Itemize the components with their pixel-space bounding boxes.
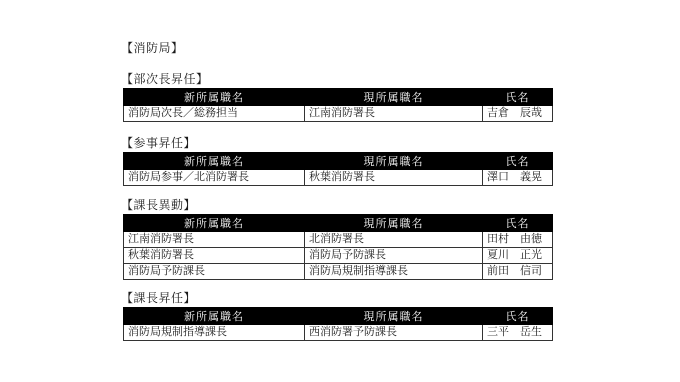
column-header-name: 氏名 bbox=[483, 89, 553, 106]
new-position-cell: 秋葉消防署長 bbox=[124, 248, 305, 264]
table-row: 江南消防署長北消防署長田村 由徳 bbox=[124, 232, 553, 248]
table-row: 消防局参事／北消防署長秋葉消防署長澤口 義晃 bbox=[124, 170, 553, 186]
section-counselor-promotion: 【参事昇任】 新所属職名 現所属職名 氏名 消防局参事／北消防署長秋葉消防署長澤… bbox=[121, 137, 553, 186]
column-header-name: 氏名 bbox=[483, 153, 553, 170]
column-header-name: 氏名 bbox=[483, 308, 553, 325]
section-label: 【参事昇任】 bbox=[121, 137, 553, 150]
personnel-table: 新所属職名 現所属職名 氏名 消防局規制指導課長西消防署予防課長三平 岳生 bbox=[123, 307, 553, 341]
section-section-chief-transfer: 【課長異動】 新所属職名 現所属職名 氏名 江南消防署長北消防署長田村 由徳秋葉… bbox=[121, 199, 553, 280]
new-position-cell: 消防局次長／総務担当 bbox=[124, 106, 305, 122]
name-cell: 夏川 正光 bbox=[483, 248, 553, 264]
current-position-cell: 秋葉消防署長 bbox=[305, 170, 483, 186]
column-header-new-position: 新所属職名 bbox=[124, 89, 305, 106]
name-cell: 田村 由徳 bbox=[483, 232, 553, 248]
document-page: 【消防局】 【部次長昇任】 新所属職名 現所属職名 氏名 消防局次長／総務担当江… bbox=[0, 0, 680, 382]
section-section-chief-promotion: 【課長昇任】 新所属職名 現所属職名 氏名 消防局規制指導課長西消防署予防課長三… bbox=[121, 292, 553, 341]
section-label: 【部次長昇任】 bbox=[121, 73, 553, 86]
name-cell: 澤口 義晃 bbox=[483, 170, 553, 186]
section-label: 【課長昇任】 bbox=[121, 292, 553, 305]
section-deputy-director-promotion: 【部次長昇任】 新所属職名 現所属職名 氏名 消防局次長／総務担当江南消防署長吉… bbox=[121, 73, 553, 122]
column-header-new-position: 新所属職名 bbox=[124, 215, 305, 232]
current-position-cell: 江南消防署長 bbox=[305, 106, 483, 122]
personnel-table: 新所属職名 現所属職名 氏名 消防局次長／総務担当江南消防署長吉倉 辰哉 bbox=[123, 88, 553, 122]
table-header-row: 新所属職名 現所属職名 氏名 bbox=[124, 308, 553, 325]
table-row: 秋葉消防署長消防局予防課長夏川 正光 bbox=[124, 248, 553, 264]
table-row: 消防局次長／総務担当江南消防署長吉倉 辰哉 bbox=[124, 106, 553, 122]
column-header-new-position: 新所属職名 bbox=[124, 308, 305, 325]
section-label: 【課長異動】 bbox=[121, 199, 553, 212]
current-position-cell: 西消防署予防課長 bbox=[305, 325, 483, 341]
column-header-current-position: 現所属職名 bbox=[305, 89, 483, 106]
column-header-current-position: 現所属職名 bbox=[305, 153, 483, 170]
personnel-table: 新所属職名 現所属職名 氏名 江南消防署長北消防署長田村 由徳秋葉消防署長消防局… bbox=[123, 214, 553, 280]
column-header-current-position: 現所属職名 bbox=[305, 308, 483, 325]
table-row: 消防局予防課長消防局規制指導課長前田 信司 bbox=[124, 264, 553, 280]
table-header-row: 新所属職名 現所属職名 氏名 bbox=[124, 153, 553, 170]
name-cell: 吉倉 辰哉 bbox=[483, 106, 553, 122]
column-header-current-position: 現所属職名 bbox=[305, 215, 483, 232]
name-cell: 前田 信司 bbox=[483, 264, 553, 280]
new-position-cell: 消防局規制指導課長 bbox=[124, 325, 305, 341]
current-position-cell: 消防局規制指導課長 bbox=[305, 264, 483, 280]
current-position-cell: 消防局予防課長 bbox=[305, 248, 483, 264]
table-header-row: 新所属職名 現所属職名 氏名 bbox=[124, 89, 553, 106]
column-header-new-position: 新所属職名 bbox=[124, 153, 305, 170]
new-position-cell: 消防局予防課長 bbox=[124, 264, 305, 280]
document-title: 【消防局】 bbox=[121, 42, 184, 55]
new-position-cell: 消防局参事／北消防署長 bbox=[124, 170, 305, 186]
personnel-table: 新所属職名 現所属職名 氏名 消防局参事／北消防署長秋葉消防署長澤口 義晃 bbox=[123, 152, 553, 186]
column-header-name: 氏名 bbox=[483, 215, 553, 232]
new-position-cell: 江南消防署長 bbox=[124, 232, 305, 248]
table-header-row: 新所属職名 現所属職名 氏名 bbox=[124, 215, 553, 232]
table-row: 消防局規制指導課長西消防署予防課長三平 岳生 bbox=[124, 325, 553, 341]
current-position-cell: 北消防署長 bbox=[305, 232, 483, 248]
name-cell: 三平 岳生 bbox=[483, 325, 553, 341]
